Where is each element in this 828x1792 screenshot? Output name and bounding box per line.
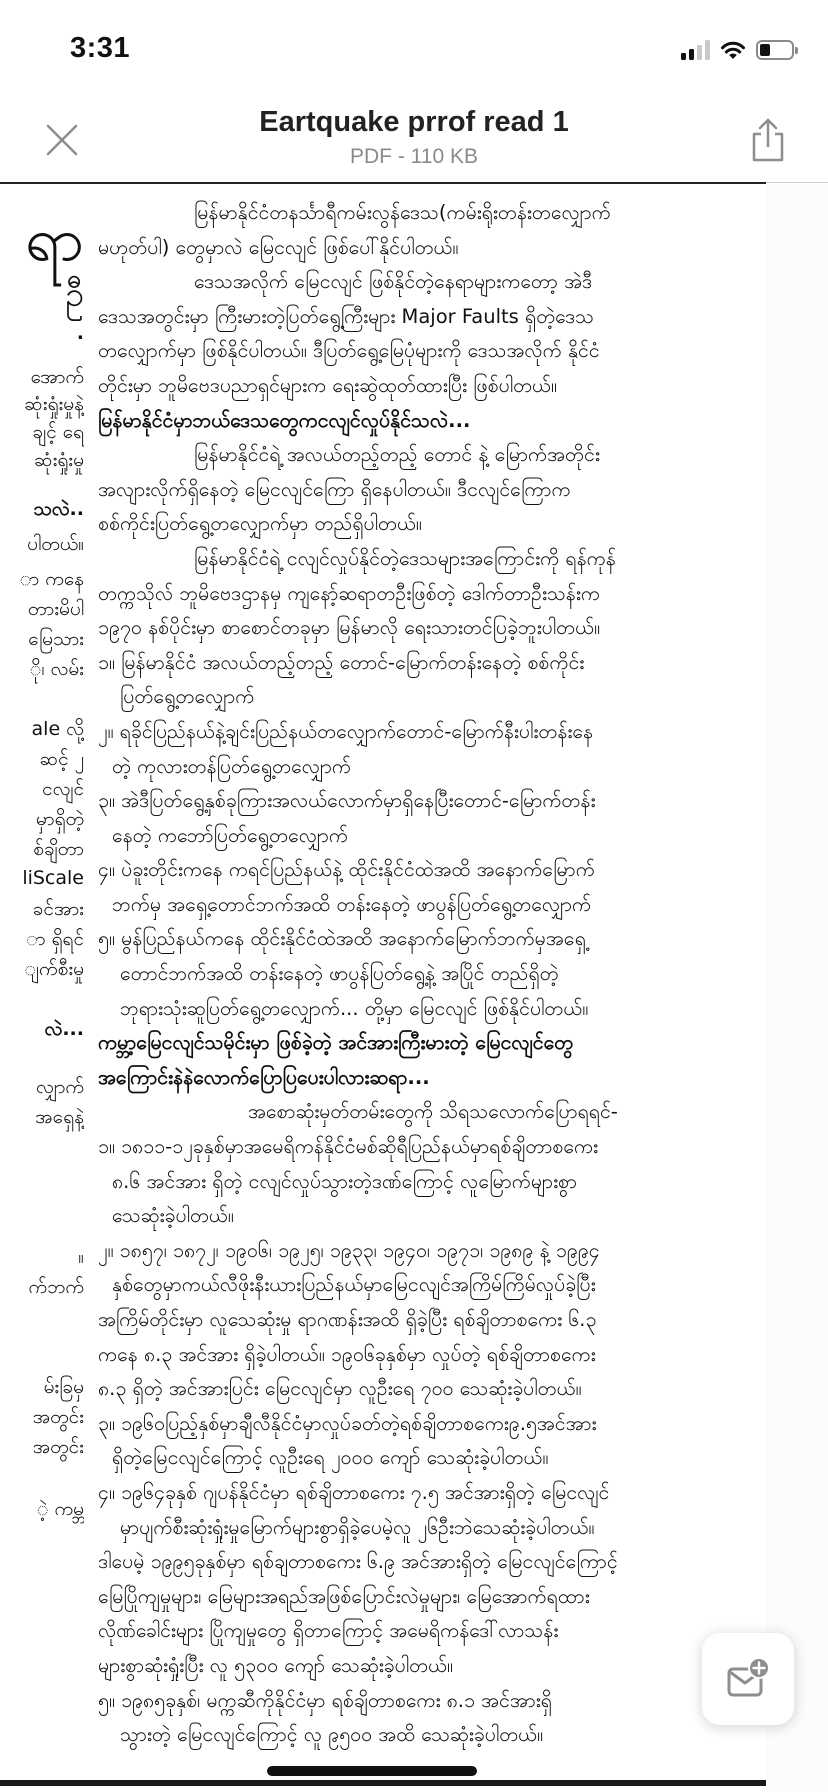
previous-page-text-fragment: ဆင့် ၂	[40, 747, 84, 775]
body-text-line: မြန်မာနိုင်ငံရဲ့ ငလျင်လှုပ်နိုင်တဲ့ဒေသမျ…	[98, 542, 766, 577]
home-indicator[interactable]	[267, 1766, 477, 1776]
previous-page-text-fragment: ale လို့	[32, 717, 84, 745]
body-text-line: တိုင်းမှာ ဘူမိဗေဒပညာရှင်များက ရေးဆွဲထုတ်…	[98, 369, 766, 404]
previous-page-text-fragment: စ်ချိတာ	[33, 837, 84, 865]
body-text-line: တဲ့ ကုလားတန်ပြတ်ရွေ့တလျှောက်	[98, 750, 766, 785]
previous-page-text-fragment: အရှေနဲ့	[35, 1105, 84, 1133]
body-text-line: ၈.၆ အင်အား ရှိတဲ့ ငလျင်လှုပ်သွားတဲ့ဒဏ်ကြ…	[98, 1165, 766, 1200]
page-top-border	[0, 182, 766, 184]
body-text-line: နေတဲ့ ကဘော်ပြတ်ရွေ့တလျှောက်	[98, 819, 766, 854]
body-text-line: တလျှောက်မှာ ဖြစ်နိုင်ပါတယ်။ ဒီပြတ်ရွေ့မြ…	[98, 334, 766, 369]
previous-page-text-fragment: မ်းခြမှ	[44, 1375, 84, 1403]
body-text-line: ဒေသအလိုက် မြေငလျင် ဖြစ်နိုင်တဲ့နေရာများက…	[98, 265, 766, 300]
previous-page-text-fragment: ဆုံးရှုံးမှုနဲ့	[24, 392, 84, 420]
body-text-line: ၄။ ၁၉၆၄ခုနှစ် ဂျပန်နိုင်ငံမှာ ရစ်ချိတာစက…	[98, 1476, 766, 1511]
previous-page-text-fragment: ဲ့ ကမ္ဘ	[37, 1497, 84, 1525]
body-text-line: တက္ကသိုလ် ဘူမိဗေဒဌာနမှ ကျနော့်ဆရာတဦးဖြစ်…	[98, 577, 766, 612]
previous-page-text-fragment: တားမိပါ	[28, 597, 84, 625]
body-text-line: ပြတ်ရွေ့တလျှောက်	[98, 680, 766, 715]
previous-page-text-fragment: liScale	[22, 867, 84, 889]
previous-page-text-fragment: ခင်အား	[33, 897, 84, 925]
wifi-icon	[720, 40, 746, 60]
previous-page-text-fragment: ာ ကနေ	[20, 567, 84, 595]
body-text-line: မြေပြိုကျမှုများ၊ မြေများအရည်အဖြစ်ပြောင်…	[98, 1580, 766, 1615]
body-text-line: များစွာဆုံးရှုံးပြီး လူ ၅၃၀၀ ကျော် သေဆုံ…	[98, 1649, 766, 1684]
body-text-line: ဒေသအတွင်းမှာ ကြီးမားတဲ့ပြတ်ရွေ့ကြီးများ …	[98, 300, 766, 335]
document-info: PDF - 110 KB	[0, 145, 828, 169]
body-text-line: ၃။ အဲဒီပြတ်ရွေ့နှစ်ခုကြားအလယ်လောက်မှာရှိ…	[98, 784, 766, 819]
mail-add-icon	[726, 1657, 770, 1701]
body-text-line: ၃။ ၁၉၆၀ပြည့်နှစ်မှာချီလီနိုင်ငံမှာလှုပ်ခ…	[98, 1407, 766, 1442]
body-text-line: ဘုရားသုံးဆူပြတ်ရွေ့တလျှောက်... တို့မှာ မ…	[98, 992, 766, 1027]
status-icons	[681, 38, 794, 62]
previous-page-text-fragment: ငလျင်	[42, 777, 84, 805]
pdf-page: မြန်မာနိုင်ငံတနင်္သာရီကမ်းလွန်ဒေသ(ကမ်းရိ…	[98, 196, 766, 1753]
body-text-line: ၈.၃ ရှိတဲ့ အင်အားပြင်း မြေငလျင်မှာ လူဦးရ…	[98, 1372, 766, 1407]
body-text-line: ကနေ ၈.၃ အင်အား ရှိခဲ့ပါတယ်။ ၁၉၀၆ခုနှစ်မှ…	[98, 1338, 766, 1373]
page-top-border-light	[766, 182, 828, 183]
body-text-line: မဟုတ်ပါ) တွေမှာလဲ မြေငလျင် ဖြစ်ပေါ်နိုင်…	[98, 231, 766, 266]
body-text-line: ၅။ ၁၉၈၅ခုနှစ်၊ မက္ကဆီကိုနိုင်ငံမှာ ရစ်ချ…	[98, 1684, 766, 1719]
previous-page-text-fragment: ဦ	[65, 272, 84, 323]
status-time: 3:31	[70, 32, 130, 65]
cellular-signal-icon	[681, 40, 710, 60]
previous-page-text-fragment: မှာရှိတဲ့	[36, 807, 84, 835]
body-text-line: နှစ်တွေမှာကယ်လီဖိုးနီးယားပြည်နယ်မှာမြေငလ…	[98, 1268, 766, 1303]
body-text-line: ၁။ ၁၈၁၁-၁၂ခုနှစ်မှာအမေရိကန်နိုင်ငံမစ်ဆို…	[98, 1130, 766, 1165]
body-text-line: တောင်ဘက်အထိ တန်းနေတဲ့ ဖာပွန်ပြတ်ရွေ့နဲ့ …	[98, 957, 766, 992]
next-page-edge	[766, 184, 828, 1792]
body-text-line: မြန်မာနိုင်ငံရဲ့ အလယ်တည့်တည့် တောင် နဲ့ …	[98, 438, 766, 473]
body-text-line: ဒါပေမဲ့ ၁၉၉၅ခုနှစ်မှာ ရစ်ချတာစကေး ၆.၉ အင…	[98, 1545, 766, 1580]
navigation-bar: Eartquake prrof read 1 PDF - 110 KB	[0, 100, 828, 182]
previous-page-text-fragment: ဆုံးရှုံးမှု	[34, 448, 84, 476]
previous-page-text-fragment: အတွင်း	[33, 1435, 84, 1463]
previous-page-text-fragment: ။	[78, 1245, 84, 1273]
body-text-line: မှာပျက်စီးဆုံးရှုံးမှုမြောက်များစွာရှိခဲ…	[98, 1511, 766, 1546]
share-icon	[748, 116, 788, 164]
page-bottom-border	[0, 1780, 766, 1786]
section-heading-line: အကြောင်းနဲနဲလောက်ပြောပြပေးပါလားဆရာ...	[98, 1061, 766, 1096]
previous-page-partial[interactable]: ရာဦ.အောက်ဆုံးရှုံးမှုနဲ့ချင့် ရေဆုံးရှုံ…	[0, 182, 84, 1782]
previous-page-text-fragment: ာ ရှိရင်	[26, 927, 84, 955]
body-text-line: ၂။ ၁၈၅၇၊ ၁၈၇၂၊ ၁၉၀၆၊ ၁၉၂၅၊ ၁၉၃၃၊ ၁၉၄၀၊ ၁…	[98, 1234, 766, 1269]
body-text-line: ၄။ ပဲခူးတိုင်းကနေ ကရင်ပြည်နယ်နဲ့ ထိုင်းန…	[98, 853, 766, 888]
section-heading-line: မြန်မာနိုင်ငံမှာဘယ်ဒေသတွေကငလျင်လှုပ်နိုင…	[98, 404, 766, 439]
previous-page-text-fragment: ျက်စီးမှု	[24, 957, 84, 985]
body-text-line: ၁၉၇၀ နစ်ပိုင်းမှာ စာစောင်တခုမှာ မြန်မာလိ…	[98, 611, 766, 646]
body-text-line: ၅။ မွန်ပြည်နယ်ကနေ ထိုင်းနိုင်ငံထဲအထိ အနေ…	[98, 922, 766, 957]
body-text-line: မြန်မာနိုင်ငံတနင်္သာရီကမ်းလွန်ဒေသ(ကမ်းရိ…	[98, 196, 766, 231]
previous-page-text-fragment: သလဲ..	[33, 497, 84, 525]
body-text-line: အကြိမ်တိုင်းမှာ လူသေဆုံးမှု ရာဂဏန်းအထိ ရ…	[98, 1303, 766, 1338]
markup-add-button[interactable]	[702, 1633, 794, 1725]
previous-page-text-fragment: အောက်	[31, 365, 84, 393]
section-heading-line: ကမ္ဘာ့မြေငလျင်သမိုင်းမှာ ဖြစ်ခဲ့တဲ့ အင်အ…	[98, 1026, 766, 1061]
body-text-line: သေဆုံးခဲ့ပါတယ်။	[98, 1199, 766, 1234]
body-text-line: အစောဆုံးမှတ်တမ်းတွေကို သိရသလောက်ပြောရရင်…	[98, 1095, 766, 1130]
body-text-line: ၂။ ရခိုင်ပြည်နယ်နဲ့ချင်းပြည်နယ်တလျှောက်တ…	[98, 715, 766, 750]
previous-page-text-fragment: လျှာက်	[36, 1075, 84, 1103]
previous-page-text-fragment: အတွင်း	[33, 1405, 84, 1433]
battery-icon	[756, 40, 794, 60]
body-text-line: စစ်ကိုင်းပြတ်ရွေ့တလျှောက်မှာ တည်ရှိပါတယ်…	[98, 507, 766, 542]
body-text-line: ရှိတဲ့မြေငလျင်ကြောင့် လူဦးရေ ၂၀၀၀ ကျော် …	[98, 1441, 766, 1476]
document-title: Eartquake prrof read 1	[0, 106, 828, 139]
previous-page-text-fragment: ချင့် ရေ	[33, 420, 85, 448]
previous-page-text-fragment: မြေသား	[28, 627, 84, 655]
body-text-line: ၁။ မြန်မာနိုင်ငံ အလယ်တည့်တည့် တောင်-မြော…	[98, 646, 766, 681]
share-button[interactable]	[748, 116, 788, 164]
previous-page-text-fragment: ို၊ လမ်း	[30, 657, 84, 685]
body-text-line: အလျားလိုက်ရှိနေတဲ့ မြေငလျင်ကြော ရှိနေပါတ…	[98, 473, 766, 508]
previous-page-text-fragment: .	[77, 322, 84, 344]
status-bar: 3:31	[0, 0, 828, 100]
previous-page-text-fragment: လဲ...	[45, 1017, 84, 1045]
previous-page-text-fragment: က်ဘက်	[29, 1275, 84, 1303]
pdf-viewer[interactable]: ရာဦ.အောက်ဆုံးရှုံးမှုနဲ့ချင့် ရေဆုံးရှုံ…	[0, 182, 828, 1792]
previous-page-text-fragment: ပါတယ်။	[27, 532, 84, 560]
body-text-line: ဘက်မှ အရှေ့တောင်ဘက်အထိ တန်းနေတဲ့ ဖာပွန်ပ…	[98, 888, 766, 923]
body-text-line: လိုဏ်ခေါင်းများ ပြိုကျမှုတွေ ရှိတာကြောင့…	[98, 1614, 766, 1649]
body-text-line: သွားတဲ့ မြေငလျင်ကြောင့် လူ ၉၅၀၀ အထိ သေဆု…	[98, 1718, 766, 1753]
